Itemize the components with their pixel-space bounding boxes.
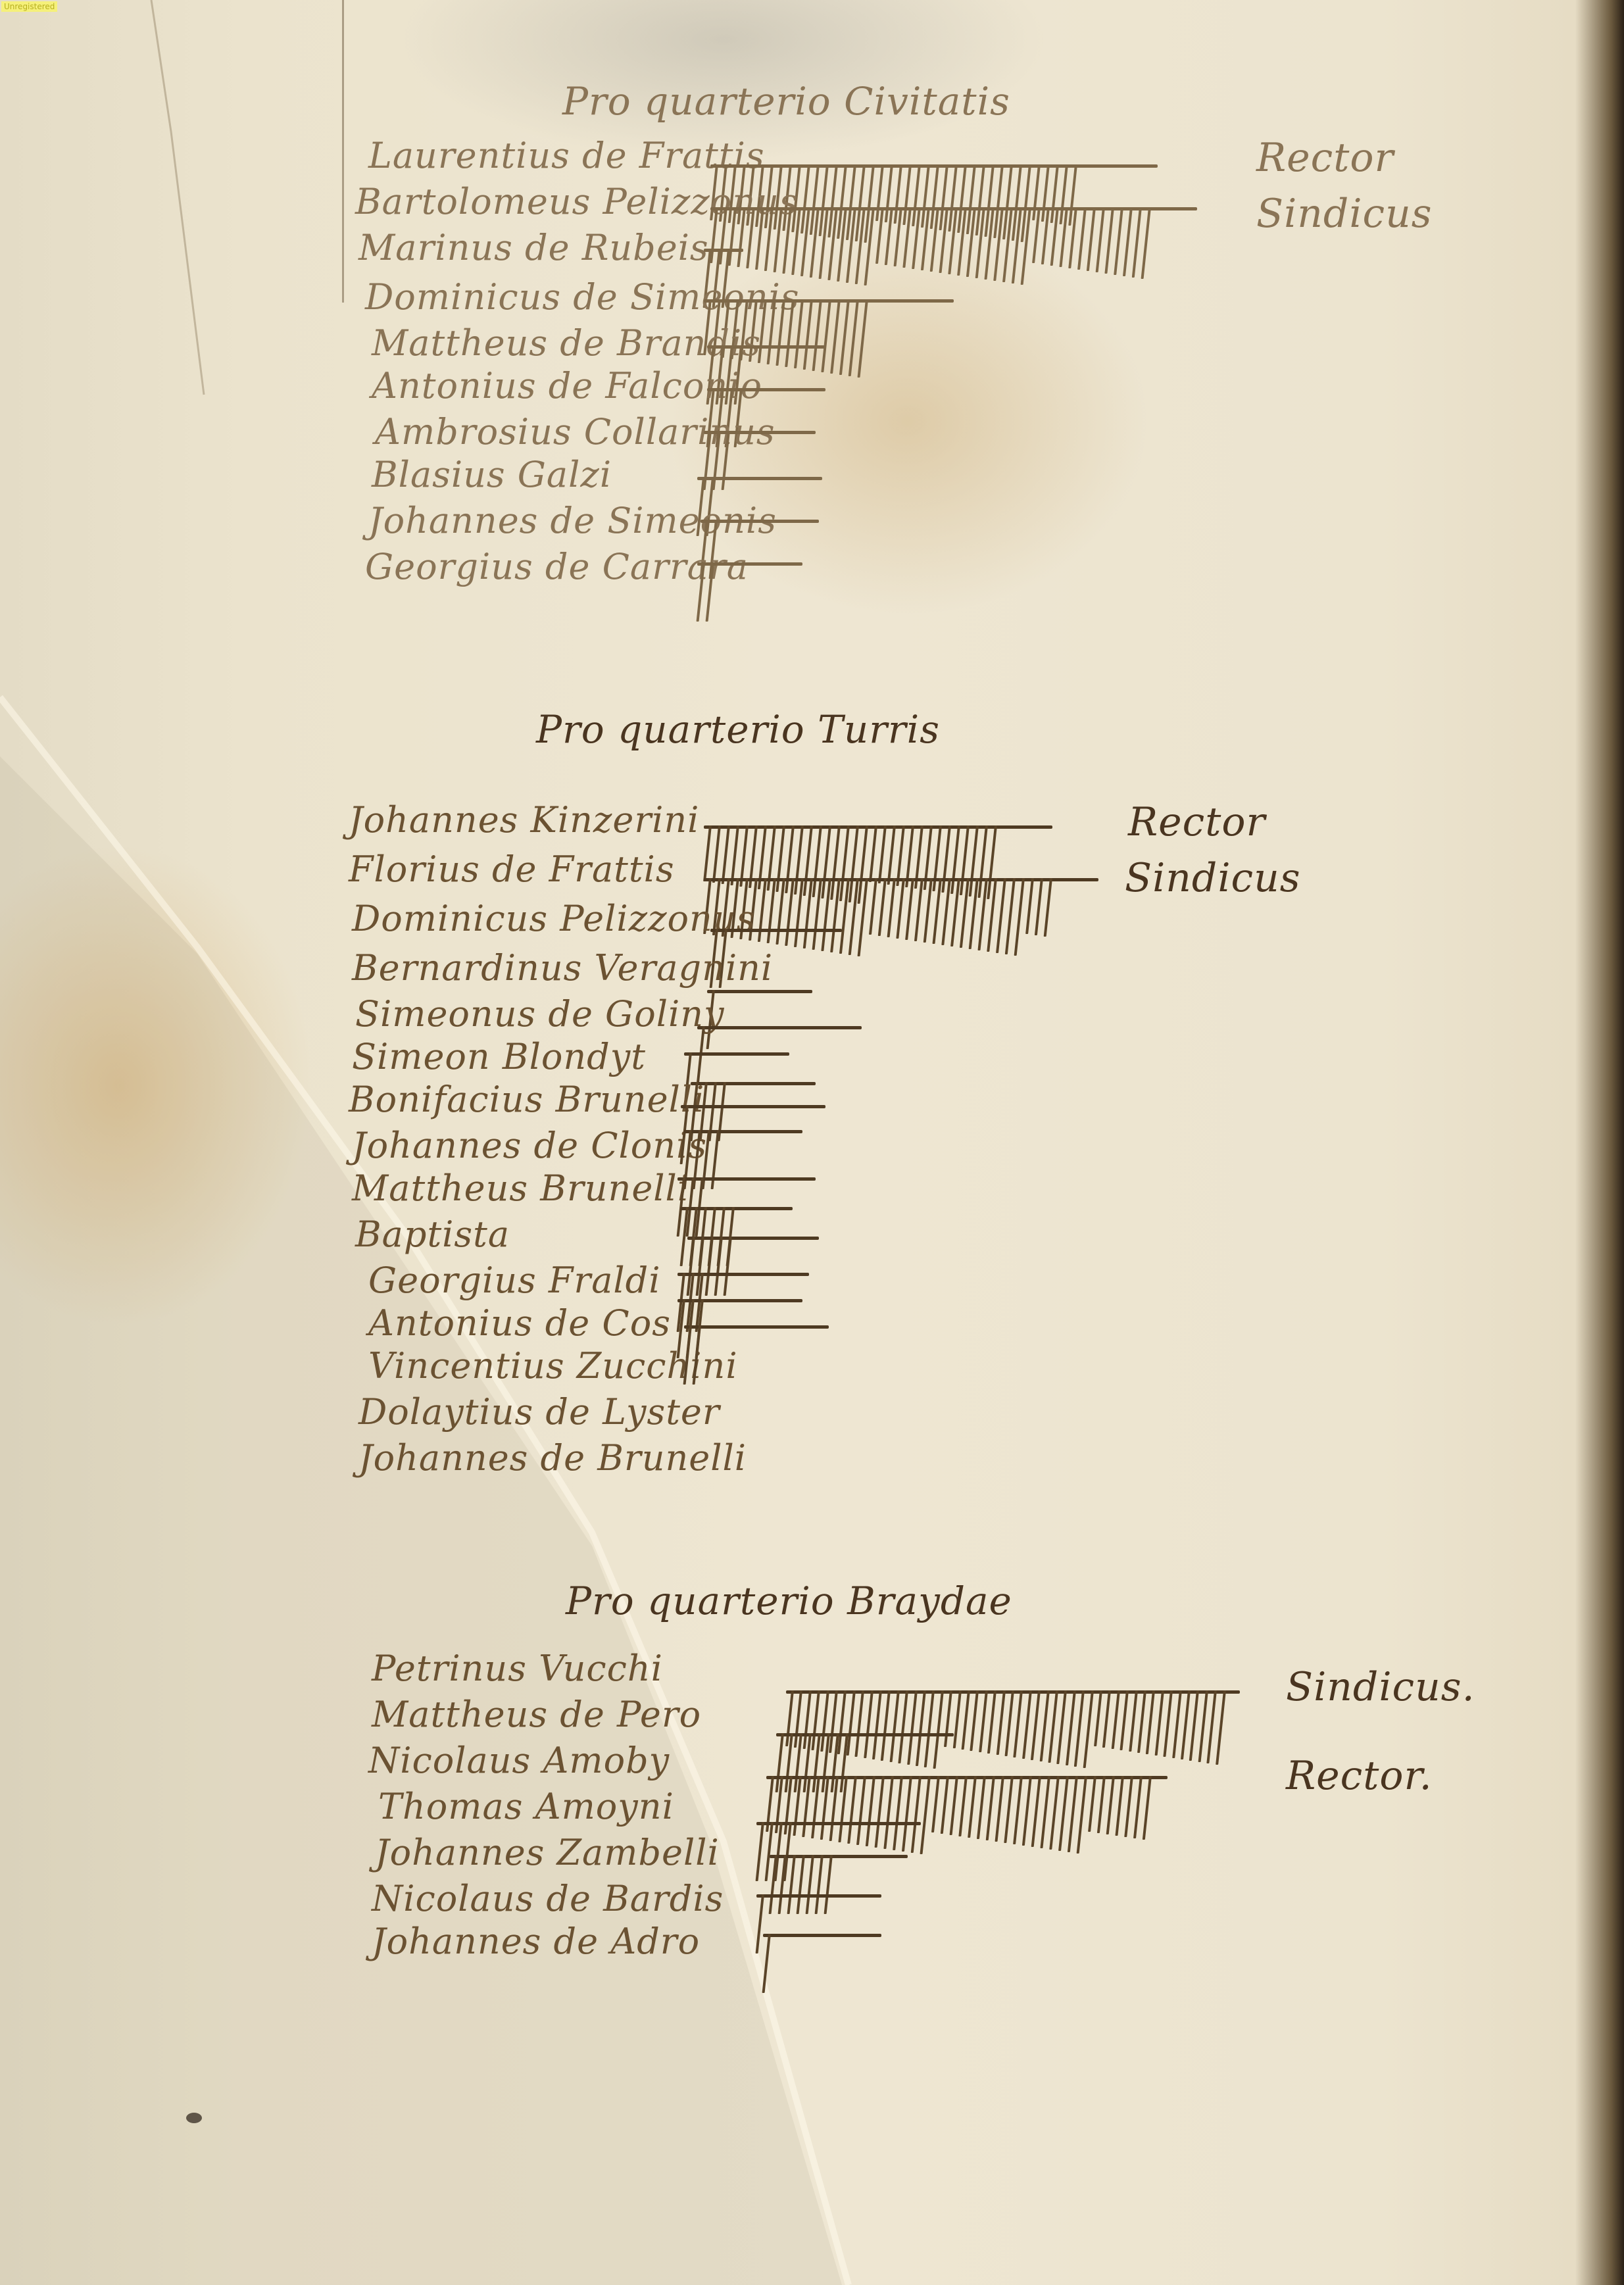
tally-mark [1077,207,1087,270]
tally-mark [1031,1776,1041,1847]
tally-mark [869,825,877,882]
tally-mark [957,207,967,276]
tally-mark [1115,1776,1124,1836]
candidate-name: Nicolaus de Bardis [372,1878,724,1919]
tally-baseline [710,207,1197,210]
section-heading: Pro quarterio Turris [536,707,940,752]
tally-mark [846,207,856,283]
candidate-name: Simeon Blondyt [352,1036,646,1077]
tally-baseline [684,1325,829,1329]
tally-mark [1057,1690,1068,1764]
tally-mark [857,878,868,956]
candidate-name: Mattheus de Brandis [372,322,761,364]
tally-baseline [677,1299,802,1302]
candidate-name: Georgius Fraldi [368,1260,661,1301]
tally-mark [923,878,933,943]
vote-tally [763,1934,895,2013]
tally-mark [896,878,905,939]
tally-mark [975,207,985,278]
tally-mark [703,825,712,881]
tally-mark [885,207,893,265]
tally-mark [1114,207,1123,275]
tally-baseline [697,1026,862,1029]
tally-mark [1216,1690,1226,1765]
tally-mark [896,825,905,886]
candidate-name: Nicolaus Amoby [368,1740,670,1781]
tally-mark [1154,1690,1164,1756]
tally-mark [875,207,884,264]
tally-mark [869,878,877,935]
candidate-name: Johannes Kinzerini [349,799,699,841]
candidate-name: Marinus de Rubeis [358,227,709,268]
tally-mark [722,825,730,884]
vote-tally [710,207,1210,286]
tally-mark [1172,1690,1182,1758]
tally-mark [984,207,995,280]
tally-mark [791,207,801,275]
tally-mark [839,299,850,375]
tally-baseline [770,1855,908,1858]
tally-mark [800,207,810,276]
tally-mark [986,1776,995,1840]
tally-mark [1059,207,1068,267]
tally-baseline [710,164,1158,168]
tally-mark [762,1934,771,1993]
tally-mark [1137,1690,1146,1753]
tally-mark [1012,207,1022,283]
tally-mark [1088,1776,1096,1832]
section-heading: Pro quarterio Civitatis [562,79,1010,124]
tally-mark [1181,1690,1191,1759]
tally-mark [1077,1776,1087,1854]
tally-mark [1106,1776,1115,1834]
tally-mark [1014,1690,1023,1757]
tally-baseline [763,1934,881,1937]
tally-mark [1198,1690,1208,1762]
tally-mark [1083,1690,1093,1768]
tally-mark [1050,207,1059,266]
tally-baseline [776,1733,954,1736]
tally-mark [1164,1690,1173,1757]
tally-mark [987,878,997,952]
tally-mark [1058,1776,1069,1851]
tally-mark [1129,1690,1138,1752]
tally-mark [977,1776,986,1839]
tally-baseline [684,1130,802,1133]
candidate-name: Dolaytius de Lyster [358,1391,720,1433]
tally-mark [993,207,1004,281]
tally-baseline [701,520,819,523]
tally-mark [987,1690,997,1754]
tally-mark [1022,1776,1032,1846]
tally-mark [837,207,847,282]
tally-mark [887,825,896,885]
tally-mark [1022,1690,1032,1759]
candidate-name: Antonius de Falconio [372,365,762,406]
tally-mark [977,878,988,950]
tally-baseline [707,345,825,349]
elected-office-label: Rector [1128,799,1266,845]
elected-office-label: Rector [1256,135,1394,181]
tally-mark [1005,878,1016,954]
tally-mark [1120,1690,1129,1750]
tally-mark [878,825,887,883]
candidate-name: Johannes Zambelli [375,1832,720,1873]
tally-mark [1048,1690,1058,1763]
tally-mark [855,207,866,284]
tally-mark [950,1776,958,1835]
tally-mark [1096,207,1105,272]
tally-mark [1087,207,1096,271]
tally-mark [1039,1690,1049,1761]
tally-mark [1097,1776,1106,1833]
tally-mark [756,1822,764,1881]
tally-mark [1094,1690,1102,1746]
vote-tally [684,1325,842,1404]
tally-mark [1031,1690,1041,1760]
tally-mark [979,1690,988,1752]
tally-baseline [677,1177,816,1181]
tally-mark [764,207,774,271]
tally-mark [930,207,939,272]
tally-mark [1014,878,1025,956]
tally-mark [921,207,930,270]
tally-mark [1032,207,1041,263]
tally-mark [1040,1776,1050,1848]
tally-mark [894,207,902,266]
tally-baseline [681,1105,825,1108]
tally-mark [958,1776,968,1836]
tally-mark [774,207,783,272]
tally-mark [1004,1690,1014,1756]
tally-mark [1002,207,1013,282]
candidate-name: Florius de Frattis [349,848,675,890]
margin-rule [342,0,344,303]
tally-mark [693,1325,701,1385]
tally-mark [706,562,714,622]
candidate-name: Dominicus Pelizzonus [352,898,755,939]
tally-mark [1124,1776,1133,1837]
tally-mark [1189,1690,1199,1761]
candidate-name: Mattheus Brunelli [352,1167,689,1209]
tally-mark [1041,207,1050,264]
tally-mark [1111,1690,1120,1749]
manuscript-page: Unregistered Pro quarterio CivitatisLaur… [0,0,1624,2285]
tally-baseline [710,929,842,932]
tally-mark [914,878,923,941]
tally-mark [1066,1690,1076,1765]
tally-mark [966,207,976,277]
tally-mark [960,878,970,948]
tally-mark [1133,1776,1143,1838]
tally-mark [995,1776,1004,1842]
tally-mark [1102,1690,1111,1748]
elected-office-label: Rector. [1286,1753,1433,1799]
tally-mark [970,1690,979,1751]
tally-mark [712,825,721,883]
tally-mark [1021,207,1031,285]
tally-mark [1068,207,1077,268]
tally-mark [996,878,1006,953]
tally-mark [827,207,838,280]
candidate-name: Bernardinus Veragnini [352,947,773,989]
candidate-name: Johannes de Clonis [352,1125,707,1166]
tally-baseline [704,878,1098,881]
tally-mark [755,207,764,270]
tally-mark [1143,1776,1152,1840]
tally-mark [1035,878,1043,935]
tally-mark [948,207,958,274]
tally-mark [902,207,912,268]
tally-mark [1013,1776,1023,1844]
tally-mark [864,207,875,285]
candidate-name: Petrinus Vucchi [372,1648,663,1689]
tally-baseline [677,1273,809,1276]
candidate-name: Laurentius de Frattis [368,135,765,176]
tally-mark [996,1690,1005,1755]
tally-mark [912,207,921,269]
tally-baseline [707,388,825,391]
tally-mark [849,299,859,376]
tally-mark [1141,207,1151,279]
tally-mark [939,207,948,273]
tally-mark [1068,1776,1078,1852]
tally-mark [730,825,739,885]
tally-mark [878,878,887,936]
tally-mark [1049,1776,1060,1850]
tally-baseline [684,1052,789,1056]
tally-mark [969,878,979,949]
candidate-name: Thomas Amoyni [378,1786,674,1827]
candidate-name: Bonifacius Brunelli [349,1079,704,1120]
candidate-name: Johannes de Adro [372,1921,700,1962]
unregistered-watermark: Unregistered [1,1,57,12]
tally-mark [968,1776,977,1838]
tally-mark [905,878,914,940]
tally-mark [683,1325,692,1385]
tally-mark [941,878,951,945]
tally-mark [1104,207,1114,274]
tally-mark [1132,207,1142,278]
tally-mark [697,562,705,622]
tally-mark [1004,1776,1014,1843]
candidate-name: Blasius Galzi [372,454,612,495]
tally-mark [1074,1690,1085,1767]
tally-mark [932,878,942,944]
tally-mark [857,299,868,378]
tally-baseline [691,1082,816,1085]
tally-baseline [697,477,822,480]
tally-mark [941,1776,949,1834]
tally-mark [810,207,820,278]
elected-office-label: Sindicus [1125,855,1301,901]
candidate-name: Johannes de Brunelli [358,1437,747,1479]
candidate-name: Simeonus de Goliny [355,993,725,1035]
elected-office-label: Sindicus [1256,191,1433,237]
elected-office-label: Sindicus. [1286,1664,1475,1710]
tally-mark [819,207,829,279]
tally-mark [1123,207,1133,276]
tally-mark [1146,1690,1155,1754]
tally-mark [950,878,960,946]
candidate-name: Antonius de Cos [368,1302,671,1344]
tally-baseline [756,1894,881,1898]
candidate-name: Baptista [355,1214,510,1255]
section-heading: Pro quarterio Braydae [566,1579,1012,1623]
tally-mark [887,878,896,937]
tally-mark [1025,878,1034,934]
tally-baseline [687,1237,819,1240]
tally-mark [782,207,792,274]
tally-mark [1207,1690,1218,1763]
candidate-name: Mattheus de Pero [372,1694,701,1735]
tally-mark [1044,878,1052,937]
vote-tally [697,562,816,641]
candidate-name: Georgius de Carrara [365,546,749,587]
